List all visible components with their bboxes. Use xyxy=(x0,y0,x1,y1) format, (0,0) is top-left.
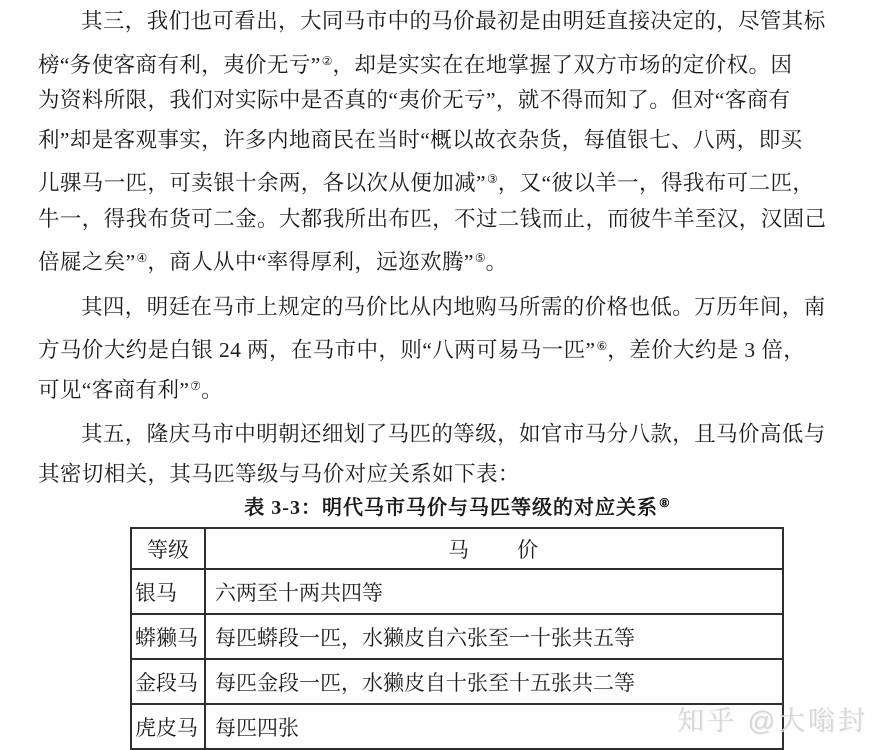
price-cell: 每匹金段一匹，水獭皮自十张至十五张共二等 xyxy=(205,659,783,704)
paragraph: 其三，我们也可看出，大同马市中的马价最初是由明廷直接决定的，尽管其标榜“务使客商… xyxy=(38,2,848,279)
text-line: 其密切相关，其马匹等级与马价对应关系如下表： xyxy=(38,455,848,495)
price-column-header: 马 价 xyxy=(205,528,783,569)
paragraph: 其五，隆庆马市中明朝还细划了马匹的等级，如官市马分八款，且马价高低与其密切相关，… xyxy=(38,415,848,494)
grade-cell: 金段马 xyxy=(131,659,205,704)
body-text: 其三，我们也可看出，大同马市中的马价最初是由明廷直接决定的，尽管其标榜“务使客商… xyxy=(38,2,848,503)
paragraph: 其四，明廷在马市上规定的马价比从内地购马所需的价格也低。万历年间，南方马价大约是… xyxy=(38,288,848,407)
table-row: 银马六两至十两共四等 xyxy=(131,569,783,614)
grade-cell: 蟒獭马 xyxy=(131,614,205,659)
grade-cell: 银马 xyxy=(131,569,205,614)
table-row: 蟒獭马每匹蟒段一匹，水獭皮自六张至一十张共五等 xyxy=(131,614,783,659)
grade-column-header: 等级 xyxy=(131,528,205,569)
grade-cell: 虎皮马 xyxy=(131,704,205,749)
table-caption: 表 3-3：明代马市马价与马匹等级的对应关系⑧ xyxy=(130,491,784,520)
text-line: 方马价大约是白银 24 两，在马市中，则“八两可易马一匹”⑥，差价大约是 3 倍… xyxy=(38,327,848,367)
text-line: 利”却是客观事实，许多内地商民在当时“概以故衣杂货，每值银七、八两，即买 xyxy=(38,121,848,161)
text-line: 倍屣之矣”④，商人从中“率得厚利，远迩欢腾”⑤。 xyxy=(38,239,848,279)
text-line: 儿骒马一匹，可卖银十余两，各以次从便加减”③，又“彼以羊一，得我布可二匹， xyxy=(38,160,848,200)
watermark: 知乎 @大嗡封 xyxy=(677,699,868,738)
text-line: 榜“务使客商有利，夷价无亏”②，却是实实在在地掌握了双方市场的定价权。因 xyxy=(38,42,848,82)
text-line: 牛一，得我布货可二金。大都我所出布匹，不过二钱而止，而彼牛羊至汉，汉固己 xyxy=(38,200,848,240)
scanned-document-page: 其三，我们也可看出，大同马市中的马价最初是由明廷直接决定的，尽管其标榜“务使客商… xyxy=(0,0,874,750)
table-header-row: 等级 马 价 xyxy=(131,528,783,569)
text-line: 其三，我们也可看出，大同马市中的马价最初是由明廷直接决定的，尽管其标 xyxy=(38,2,848,42)
text-line: 其四，明廷在马市上规定的马价比从内地购马所需的价格也低。万历年间，南 xyxy=(38,288,848,328)
text-line: 其五，隆庆马市中明朝还细划了马匹的等级，如官市马分八款，且马价高低与 xyxy=(38,415,848,455)
price-cell: 六两至十两共四等 xyxy=(205,569,783,614)
text-line: 为资料所限，我们对实际中是否真的“夷价无亏”，就不得而知了。但对“客商有 xyxy=(38,81,848,121)
table-row: 金段马每匹金段一匹，水獭皮自十张至十五张共二等 xyxy=(131,659,783,704)
price-cell: 每匹蟒段一匹，水獭皮自六张至一十张共五等 xyxy=(205,614,783,659)
text-line: 可见“客商有利”⑦。 xyxy=(38,367,848,407)
